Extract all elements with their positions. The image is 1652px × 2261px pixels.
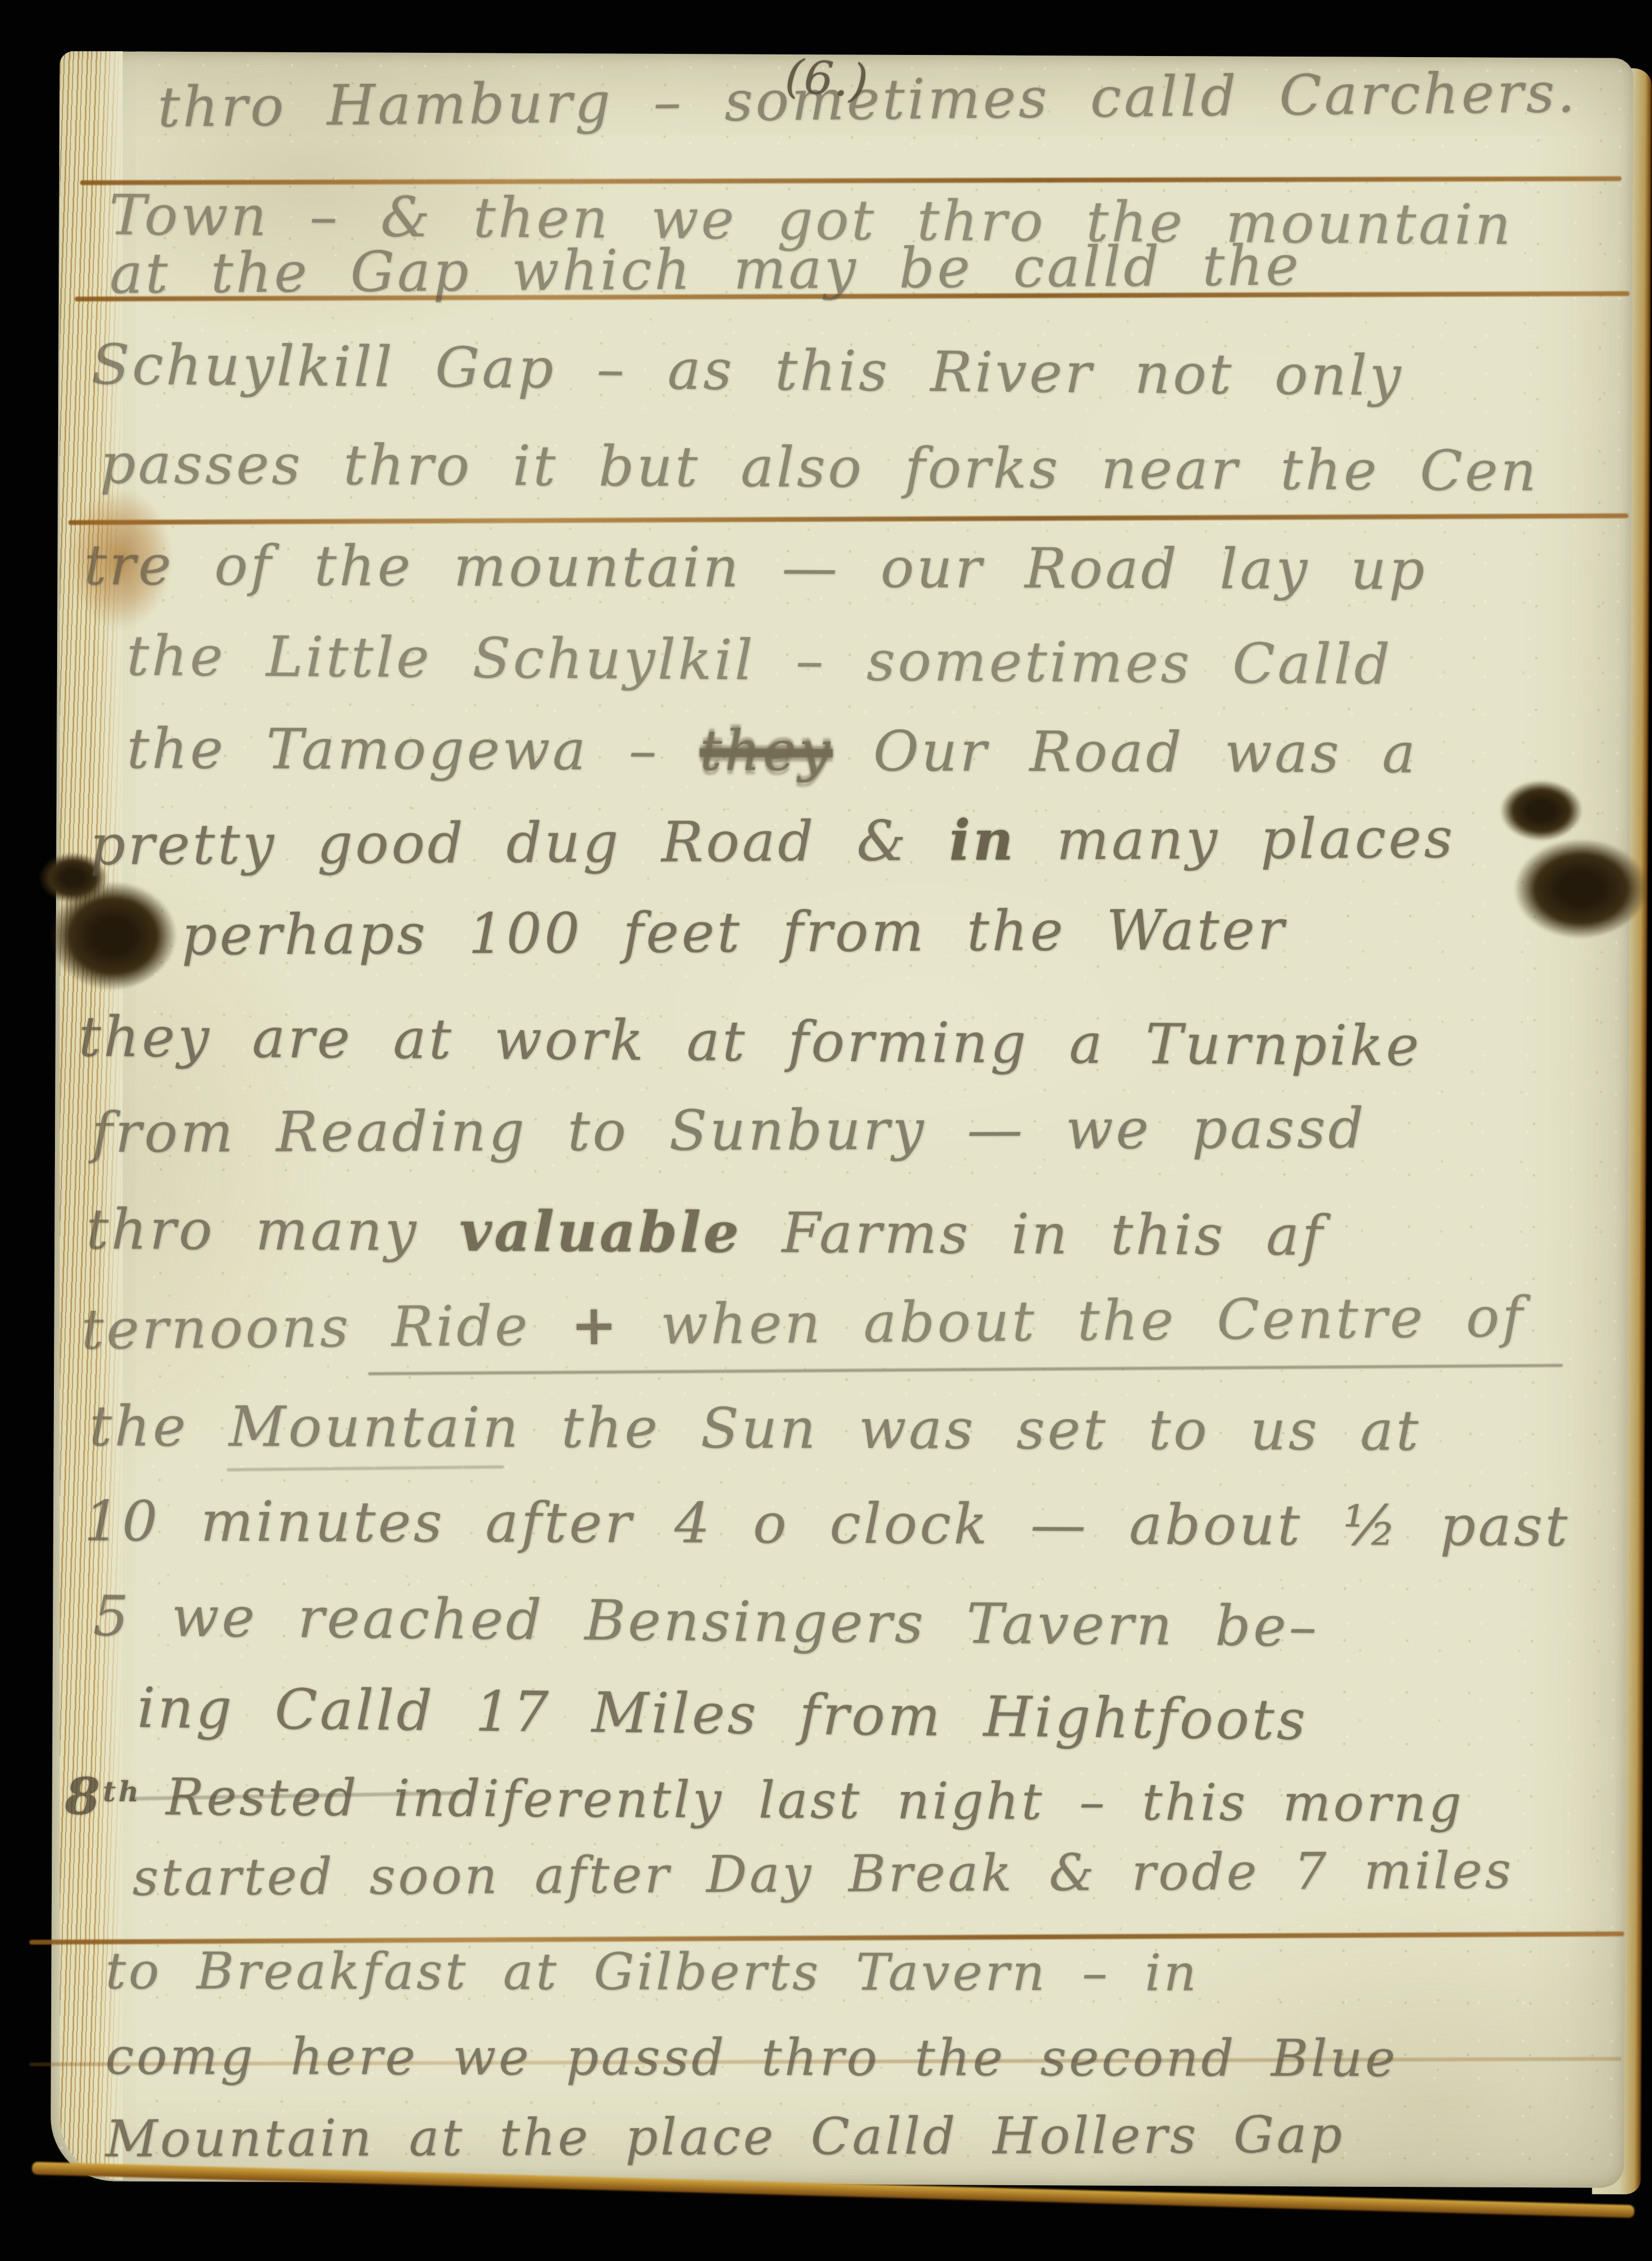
line-text: Farms in this af (741, 1200, 1326, 1268)
line-text: 5 we reached Bensingers Tavern be– (93, 1583, 1320, 1659)
handwritten-line: 10 minutes after 4 o clock — about ½ pas… (84, 1488, 1570, 1559)
handwritten-line: the Tamogewa – they Our Road was a (127, 716, 1418, 785)
line-text: many places (1016, 806, 1455, 873)
insertion-mark: + (570, 1292, 620, 1358)
line-text: passes thro it but also forks near the C… (100, 431, 1539, 504)
line-text: thro many (86, 1197, 459, 1264)
handwritten-line: they are at work at forming a Turnpike (78, 1004, 1422, 1079)
line-text: Mountain at the place Calld Hollers Gap (106, 2106, 1345, 2169)
struck-word: they (700, 718, 833, 784)
handwritten-line: Schuylkill Gap – as this River not only (91, 332, 1404, 408)
handwritten-line: to Breakfast at Gilberts Tavern – in (106, 1942, 1199, 2003)
handwritten-line: pretty good dug Road & in many places (90, 805, 1455, 878)
handwritten-line: from Reading to Sunbury — we passd (92, 1096, 1367, 1165)
scanned-page-photo: (6.) thro Hamburg – sometimes calld Carc… (0, 0, 1652, 2261)
handwritten-line: Mountain at the place Calld Hollers Gap (106, 2106, 1345, 2169)
line-text: perhaps 100 feet from the Water (181, 897, 1287, 968)
line-text: tre of the mountain — our Road lay up (84, 532, 1427, 602)
handwritten-line: 8thRested indiferently last night – this… (65, 1767, 1464, 1834)
bold-word: valuable (459, 1198, 741, 1265)
line-text: Rested indiferently last night – this mo… (166, 1768, 1464, 1834)
handwritten-line: ternoons Ride + when about the Centre of (81, 1284, 1526, 1362)
line-text: at the Gap which may be calld the (109, 233, 1302, 306)
handwritten-line: ing Calld 17 Miles from Hightfoots (137, 1675, 1308, 1753)
line-text: ing Calld 17 Miles from Hightfoots (137, 1675, 1308, 1753)
line-text: started soon after Day Break & rode 7 mi… (132, 1841, 1514, 1907)
handwritten-line: tre of the mountain — our Road lay up (84, 532, 1427, 602)
line-text: the Mountain the Sun was set to us at (90, 1394, 1421, 1463)
line-text: the Little Schuylkil – sometimes Calld (126, 623, 1393, 697)
handwritten-line: comg here we passd thro the second Blue (106, 2027, 1398, 2088)
line-text: 10 minutes after 4 o clock — about ½ pas… (84, 1488, 1570, 1559)
handwritten-line: 5 we reached Bensingers Tavern be– (93, 1583, 1320, 1659)
handwritten-line: perhaps 100 feet from the Water (181, 897, 1287, 968)
handwritten-line: started soon after Day Break & rode 7 mi… (132, 1841, 1514, 1907)
date-marker: 8th (65, 1767, 141, 1827)
handwritten-line: passes thro it but also forks near the C… (100, 431, 1539, 504)
bold-word: in (949, 807, 1016, 873)
line-text: ternoons Ride (81, 1293, 571, 1362)
handwritten-line: at the Gap which may be calld the (109, 233, 1302, 306)
line-text: comg here we passd thro the second Blue (106, 2027, 1398, 2088)
line-text: pretty good dug Road & (90, 808, 949, 878)
line-text: they are at work at forming a Turnpike (78, 1004, 1422, 1079)
handwritten-line: thro many valuable Farms in this af (86, 1196, 1325, 1268)
handwritten-line: the Mountain the Sun was set to us at (90, 1394, 1421, 1463)
handwritten-line: the Little Schuylkil – sometimes Calld (126, 623, 1393, 697)
line-text: the Tamogewa – (127, 716, 700, 783)
line-text: from Reading to Sunbury — we passd (92, 1096, 1367, 1165)
line-text: Our Road was a (833, 719, 1418, 786)
line-text: to Breakfast at Gilberts Tavern – in (106, 1942, 1199, 2003)
line-text: when about the Centre of (620, 1284, 1526, 1357)
line-text: Schuylkill Gap – as this River not only (91, 332, 1404, 408)
